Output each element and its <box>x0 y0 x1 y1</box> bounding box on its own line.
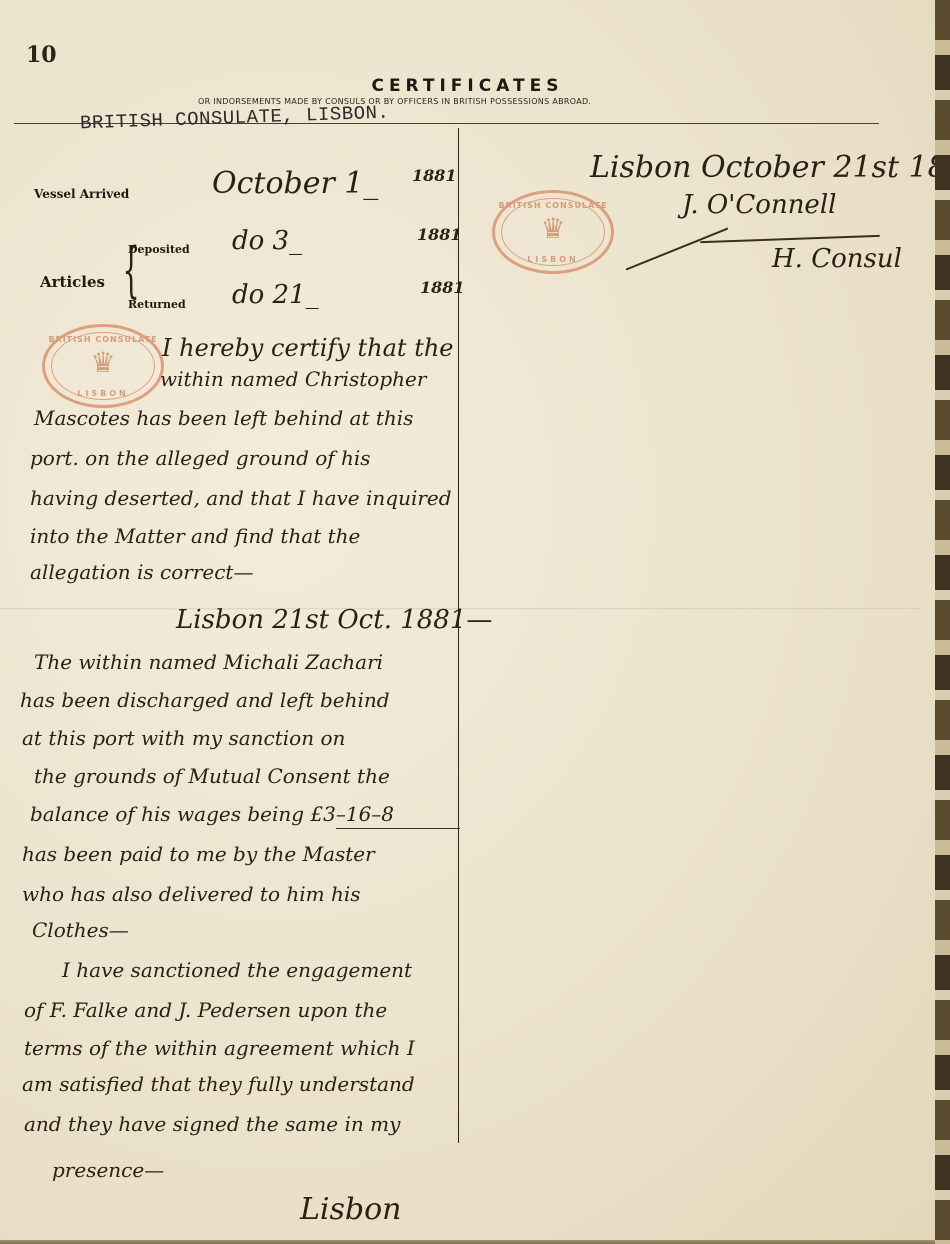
certificate-3-line: and they have signed the same in my <box>24 1112 400 1136</box>
certificate-2-line: Clothes— <box>32 918 129 942</box>
seal-top-text: BRITISH CONSULATE <box>495 201 611 210</box>
deposited-year: 1881 <box>417 225 462 244</box>
certificate-2-line: balance of his wages being £3–16–8 <box>30 802 394 826</box>
crown-icon: ♛ <box>495 215 611 245</box>
certificate-1-line: having deserted, and that I have inquire… <box>30 486 452 510</box>
certificate-3-line: of F. Falke and J. Pedersen upon the <box>24 998 387 1022</box>
deposited-value: do 3_ <box>232 226 302 256</box>
certificate-1-line: allegation is correct— <box>30 560 253 584</box>
seal-bottom-text: LISBON <box>45 389 161 398</box>
consulate-seal-left: BRITISH CONSULATE ♛ LISBON <box>42 324 164 408</box>
amount-underline <box>336 828 460 829</box>
returned-value: do 21_ <box>232 280 319 310</box>
returned-label: Returned <box>128 298 186 311</box>
certificate-1-line: into the Matter and find that the <box>30 524 360 548</box>
left-dateline: Lisbon 21st Oct. 1881— <box>176 605 492 635</box>
returned-year: 1881 <box>420 278 465 297</box>
certificate-1-line: I hereby certify that the <box>162 334 454 362</box>
certificate-3-line: presence— <box>52 1158 164 1182</box>
page-title: CERTIFICATES <box>0 76 935 96</box>
page-subtitle: OR INDORSEMENTS MADE BY CONSULS OR BY OF… <box>198 97 591 106</box>
consul-signature: J. O'Connell <box>682 190 836 220</box>
consul-title: H. Consul <box>772 244 902 274</box>
crown-icon: ♛ <box>45 349 161 379</box>
consulate-seal-right: BRITISH CONSULATE ♛ LISBON <box>492 190 614 274</box>
page-number: 10 <box>26 42 57 68</box>
certificate-3-line: terms of the within agreement which I <box>24 1036 415 1060</box>
document-page: 10 CERTIFICATES OR INDORSEMENTS MADE BY … <box>0 0 938 1242</box>
book-binding-edge <box>935 0 950 1244</box>
signature-flourish <box>700 235 880 243</box>
articles-label: Articles <box>40 273 105 291</box>
certificate-3-line: I have sanctioned the engagement <box>62 958 412 982</box>
certificate-2-line: has been paid to me by the Master <box>22 842 375 866</box>
vessel-arrived-year: 1881 <box>412 166 457 185</box>
certificate-2-line: has been discharged and left behind <box>20 688 390 712</box>
seal-bottom-text: LISBON <box>495 255 611 264</box>
certificate-1-line: port. on the alleged ground of his <box>30 446 371 470</box>
closing-place: Lisbon <box>300 1192 402 1227</box>
vessel-arrived-label: Vessel Arrived <box>34 187 129 201</box>
seal-top-text: BRITISH CONSULATE <box>45 335 161 344</box>
certificate-2-line: who has also delivered to him his <box>22 882 361 906</box>
right-dateline: Lisbon October 21st 1881— <box>590 150 950 185</box>
certificate-1-line: Mascotes has been left behind at this <box>34 406 413 430</box>
consulate-header-stamp: BRITISH CONSULATE, LISBON. <box>80 102 390 135</box>
signature-flourish <box>626 227 729 270</box>
certificate-2-line: the grounds of Mutual Consent the <box>34 764 390 788</box>
certificate-2-line: The within named Michali Zachari <box>34 650 383 674</box>
vessel-arrived-value: October 1_ <box>212 166 378 201</box>
deposited-label: Deposited <box>128 243 190 256</box>
certificate-2-line: at this port with my sanction on <box>22 726 345 750</box>
certificate-1-line: within named Christopher <box>160 367 426 391</box>
certificate-3-line: am satisfied that they fully understand <box>22 1072 415 1096</box>
